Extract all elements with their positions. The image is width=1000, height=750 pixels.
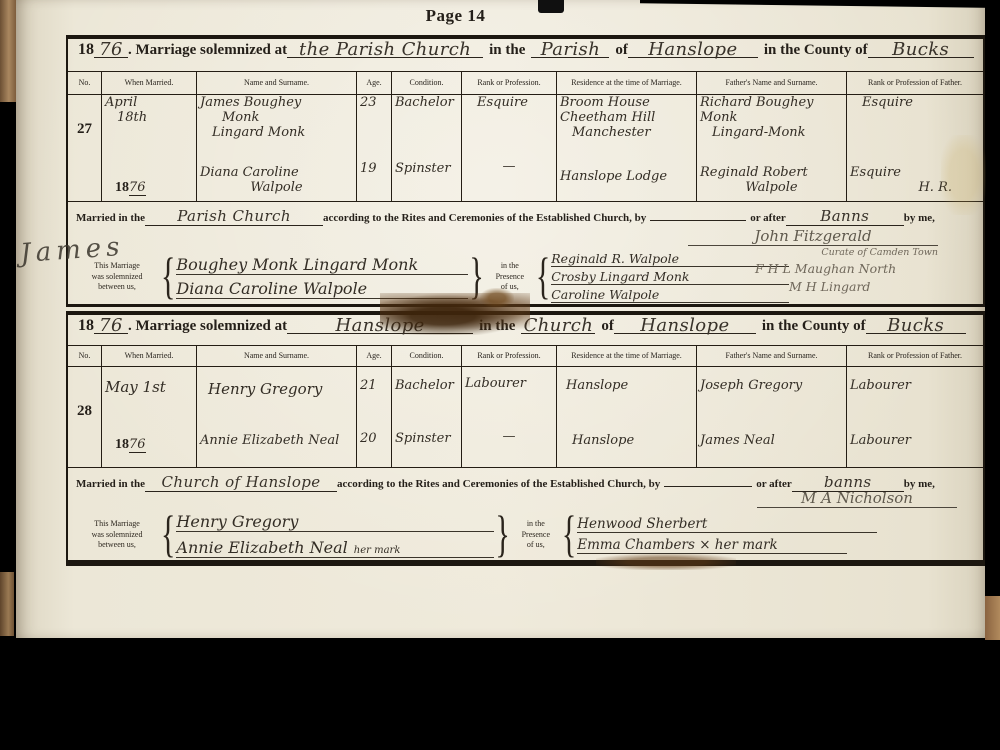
groom-father-line: Richard Boughey (700, 96, 843, 111)
witness-signature: Emma Chambers × her mark (577, 537, 847, 554)
entry-27-column-headers: No. When Married. Name and Surname. Age.… (68, 71, 983, 95)
cell-conditions: Bachelor Spinster (392, 93, 462, 201)
col-when-married: When Married. (102, 346, 197, 366)
cell-fathers: Joseph Gregory James Neal (697, 365, 847, 467)
bride-father-rank-note: H. R. (850, 181, 980, 196)
when-married-day: 18th (105, 111, 193, 126)
entry-28-signatures: This Marriage was solemnized between us,… (74, 511, 979, 559)
col-residence: Residence at the time of Marriage. (557, 346, 697, 366)
col-age: Age. (357, 72, 392, 94)
brace-close-icon: } (468, 252, 484, 303)
groom-name-line: Monk (200, 111, 353, 126)
groom-age: 23 (360, 95, 388, 111)
bride-age: 20 (360, 432, 388, 465)
witness-signature: Caroline Walpole (551, 287, 789, 303)
groom-residence: Hanslope (560, 367, 693, 394)
county-handwritten: Bucks (868, 43, 974, 58)
col-father-rank: Rank or Profession of Father. (847, 72, 983, 94)
cell-father-ranks: Esquire Esquire H. R. (847, 93, 983, 201)
book-edge-right-bottom (985, 596, 1000, 640)
groom-signature: Boughey Monk Lingard Monk (176, 255, 468, 275)
couple-signatures: Boughey Monk Lingard Monk Diana Caroline… (176, 253, 468, 301)
venue-type-handwritten: Church (521, 319, 595, 334)
witnesses-right-column: F H L Maughan North M H Lingard (755, 261, 967, 297)
place-handwritten: the Parish Church (287, 43, 483, 58)
cell-fathers: Richard Boughey Monk Lingard-Monk Regina… (697, 93, 847, 201)
groom-condition: Bachelor (395, 367, 458, 394)
groom-father-line: Monk (700, 111, 843, 126)
parish-handwritten: Hanslope (628, 43, 758, 58)
col-condition: Condition. (392, 72, 462, 94)
cell-entry-no: 28 (68, 365, 102, 467)
of-label: of (601, 318, 614, 335)
witness-signature: Henwood Sherbert (577, 516, 877, 533)
witness-signature: M H Lingard (755, 279, 967, 294)
year-handwritten: 76 (94, 43, 128, 58)
parish-handwritten: Hanslope (614, 319, 756, 334)
county-label: in the County of (764, 42, 868, 59)
year-printed: 18 (78, 41, 94, 59)
brace-open-icon: { (160, 510, 176, 561)
couple-signatures: Henry Gregory Annie Elizabeth Nealher ma… (176, 509, 494, 561)
officiating-blank (650, 208, 746, 221)
groom-residence-line: Broom House (560, 96, 693, 111)
banns-handwritten: Banns (786, 207, 904, 226)
rites-label: according to the Rites and Ceremonies of… (323, 212, 646, 224)
page-edge-notch (538, 0, 564, 13)
when-year-printed: 18 (115, 180, 129, 195)
bride-father: James Neal (700, 434, 843, 465)
cell-residences: Hanslope Hanslope (557, 365, 697, 467)
groom-name-line: James Boughey (200, 96, 353, 111)
entry-28-row: 28 May 1st 1876 Henry Gregory Annie Eliz… (68, 365, 983, 468)
rites-label: according to the Rites and Ceremonies of… (337, 478, 660, 490)
officiating-blank (664, 474, 752, 487)
married-in-handwritten: Church of Hanslope (145, 473, 337, 492)
married-in-label: Married in the (76, 478, 145, 490)
presence-label: in the Presence of us, (485, 261, 535, 292)
when-year-handwritten: 76 (129, 437, 146, 453)
bride-signature: Annie Elizabeth Nealher mark (176, 538, 494, 558)
of-label: of (615, 42, 628, 59)
solemnized-at-label: . Marriage solemnized at (128, 42, 287, 59)
photographed-register-page: Page 14 1876. Marriage solemnized at the… (0, 0, 1000, 750)
bride-father-rank: Labourer (850, 434, 980, 465)
groom-signature: Henry Gregory (176, 512, 494, 532)
entry-27-married-in-line: Married in the Parish Church according t… (76, 207, 977, 226)
bride-residence: Hanslope Lodge (560, 170, 693, 199)
groom-name: Henry Gregory (200, 367, 353, 398)
groom-rank: Labourer (465, 367, 553, 392)
this-marriage-label: This Marriage was solemnized between us, (74, 519, 160, 550)
bride-signature: Diana Caroline Walpole (176, 279, 468, 299)
col-condition: Condition. (392, 346, 462, 366)
bride-name: Annie Elizabeth Neal (200, 434, 353, 465)
witness-signature: Crosby Lingard Monk (551, 269, 789, 285)
col-father-name: Father's Name and Surname. (697, 346, 847, 366)
col-age: Age. (357, 346, 392, 366)
in-the-label: in the (479, 318, 515, 335)
witness-signature: Reginald R. Walpole (551, 251, 789, 267)
groom-rank: Esquire (465, 95, 553, 111)
entry-27-signatures: This Marriage was solemnized between us,… (74, 249, 979, 305)
her-mark-note: her mark (348, 545, 401, 556)
when-year-printed: 18 (115, 437, 129, 452)
marriage-entry-27: 1876. Marriage solemnized at the Parish … (66, 35, 985, 307)
bride-name-line: Walpole (200, 181, 353, 196)
bride-rank-dash: — (465, 160, 553, 199)
solemnized-at-label: . Marriage solemnized at (128, 318, 287, 335)
bride-residence: Hanslope (560, 434, 693, 465)
book-edge-left-top (0, 0, 16, 102)
cell-ranks: Labourer — (462, 365, 557, 467)
groom-condition: Bachelor (395, 95, 458, 111)
cell-father-ranks: Labourer Labourer (847, 365, 983, 467)
brace-open-icon: { (535, 252, 551, 303)
entry-number: 27 (71, 95, 98, 138)
officiant-signature: John Fitzgerald (688, 227, 938, 246)
entry-28-column-headers: No. When Married. Name and Surname. Age.… (68, 345, 983, 367)
groom-residence-line: Cheetham Hill (560, 111, 693, 126)
married-in-label: Married in the (76, 212, 145, 224)
officiant-signature: M A Nicholson (757, 489, 957, 508)
groom-father: Joseph Gregory (700, 367, 843, 394)
brace-open-icon: { (561, 510, 577, 561)
bride-father-line: Reginald Robert (700, 166, 843, 181)
this-marriage-label: This Marriage was solemnized between us, (74, 261, 160, 292)
bride-father-line: Walpole (700, 181, 843, 196)
county-handwritten: Bucks (866, 319, 966, 334)
bride-condition: Spinster (395, 162, 458, 199)
col-rank-profession: Rank or Profession. (462, 346, 557, 366)
bride-condition: Spinster (395, 432, 458, 465)
col-name-surname: Name and Surname. (197, 72, 357, 94)
venue-type-handwritten: Parish (531, 43, 609, 58)
col-residence: Residence at the time of Marriage. (557, 72, 697, 94)
groom-father-rank: Labourer (850, 367, 980, 394)
bride-name-line: Diana Caroline (200, 166, 353, 181)
entry-28-heading: 1876. Marriage solemnized at Hanslope in… (78, 317, 975, 345)
book-edge-left-bottom (0, 572, 14, 636)
entry-27-row: 27 April 18th 1876 James Boughey Monk Li… (68, 93, 983, 202)
year-printed: 18 (78, 317, 94, 335)
by-me-label: by me, (904, 212, 935, 224)
brace-close-icon: } (494, 510, 510, 561)
entry-27-heading: 1876. Marriage solemnized at the Parish … (78, 41, 975, 69)
entry-number: 28 (71, 367, 98, 420)
witness-signatures: Reginald R. Walpole Crosby Lingard Monk … (551, 250, 789, 304)
witness-signatures: Henwood Sherbert Emma Chambers × her mar… (577, 514, 979, 556)
groom-father-rank: Esquire (850, 95, 980, 111)
col-when-married: When Married. (102, 72, 197, 94)
col-name-surname: Name and Surname. (197, 346, 357, 366)
place-handwritten: Hanslope (287, 319, 473, 334)
or-after-label: or after (750, 212, 786, 224)
bride-rank-dash: — (465, 430, 553, 465)
page-number: Page 14 (16, 6, 895, 26)
col-no: No. (68, 346, 102, 366)
entry-28-officiant: M A Nicholson (757, 489, 957, 508)
year-handwritten: 76 (94, 319, 128, 334)
bride-age: 19 (360, 162, 388, 199)
presence-label: in the Presence of us, (511, 519, 561, 550)
col-no: No. (68, 72, 102, 94)
col-father-rank: Rank or Profession of Father. (847, 346, 983, 366)
groom-father-line: Lingard-Monk (700, 126, 843, 141)
col-rank-profession: Rank or Profession. (462, 72, 557, 94)
cell-conditions: Bachelor Spinster (392, 365, 462, 467)
witness-signature: F H L Maughan North (755, 261, 967, 276)
groom-name-line: Lingard Monk (200, 126, 353, 141)
when-married-month: April (105, 96, 193, 111)
cell-when-married: April 18th 1876 (102, 93, 197, 201)
bride-father-rank: Esquire (850, 166, 980, 181)
col-father-name: Father's Name and Surname. (697, 72, 847, 94)
cell-names: Henry Gregory Annie Elizabeth Neal (197, 365, 357, 467)
cell-when-married: May 1st 1876 (102, 365, 197, 467)
in-the-label: in the (489, 42, 525, 59)
when-married-date: May 1st (105, 367, 193, 396)
marriage-entry-28: 1876. Marriage solemnized at Hanslope in… (66, 311, 985, 566)
cell-ranks: Esquire — (462, 93, 557, 201)
county-label: in the County of (762, 318, 866, 335)
register-page: Page 14 1876. Marriage solemnized at the… (16, 0, 985, 638)
when-year-handwritten: 76 (129, 180, 146, 196)
cell-ages: 23 19 (357, 93, 392, 201)
cell-entry-no: 27 (68, 93, 102, 201)
cell-residences: Broom House Cheetham Hill Manchester Han… (557, 93, 697, 201)
groom-residence-line: Manchester (560, 126, 693, 141)
cell-names: James Boughey Monk Lingard Monk Diana Ca… (197, 93, 357, 201)
cell-ages: 21 20 (357, 365, 392, 467)
groom-age: 21 (360, 367, 388, 394)
